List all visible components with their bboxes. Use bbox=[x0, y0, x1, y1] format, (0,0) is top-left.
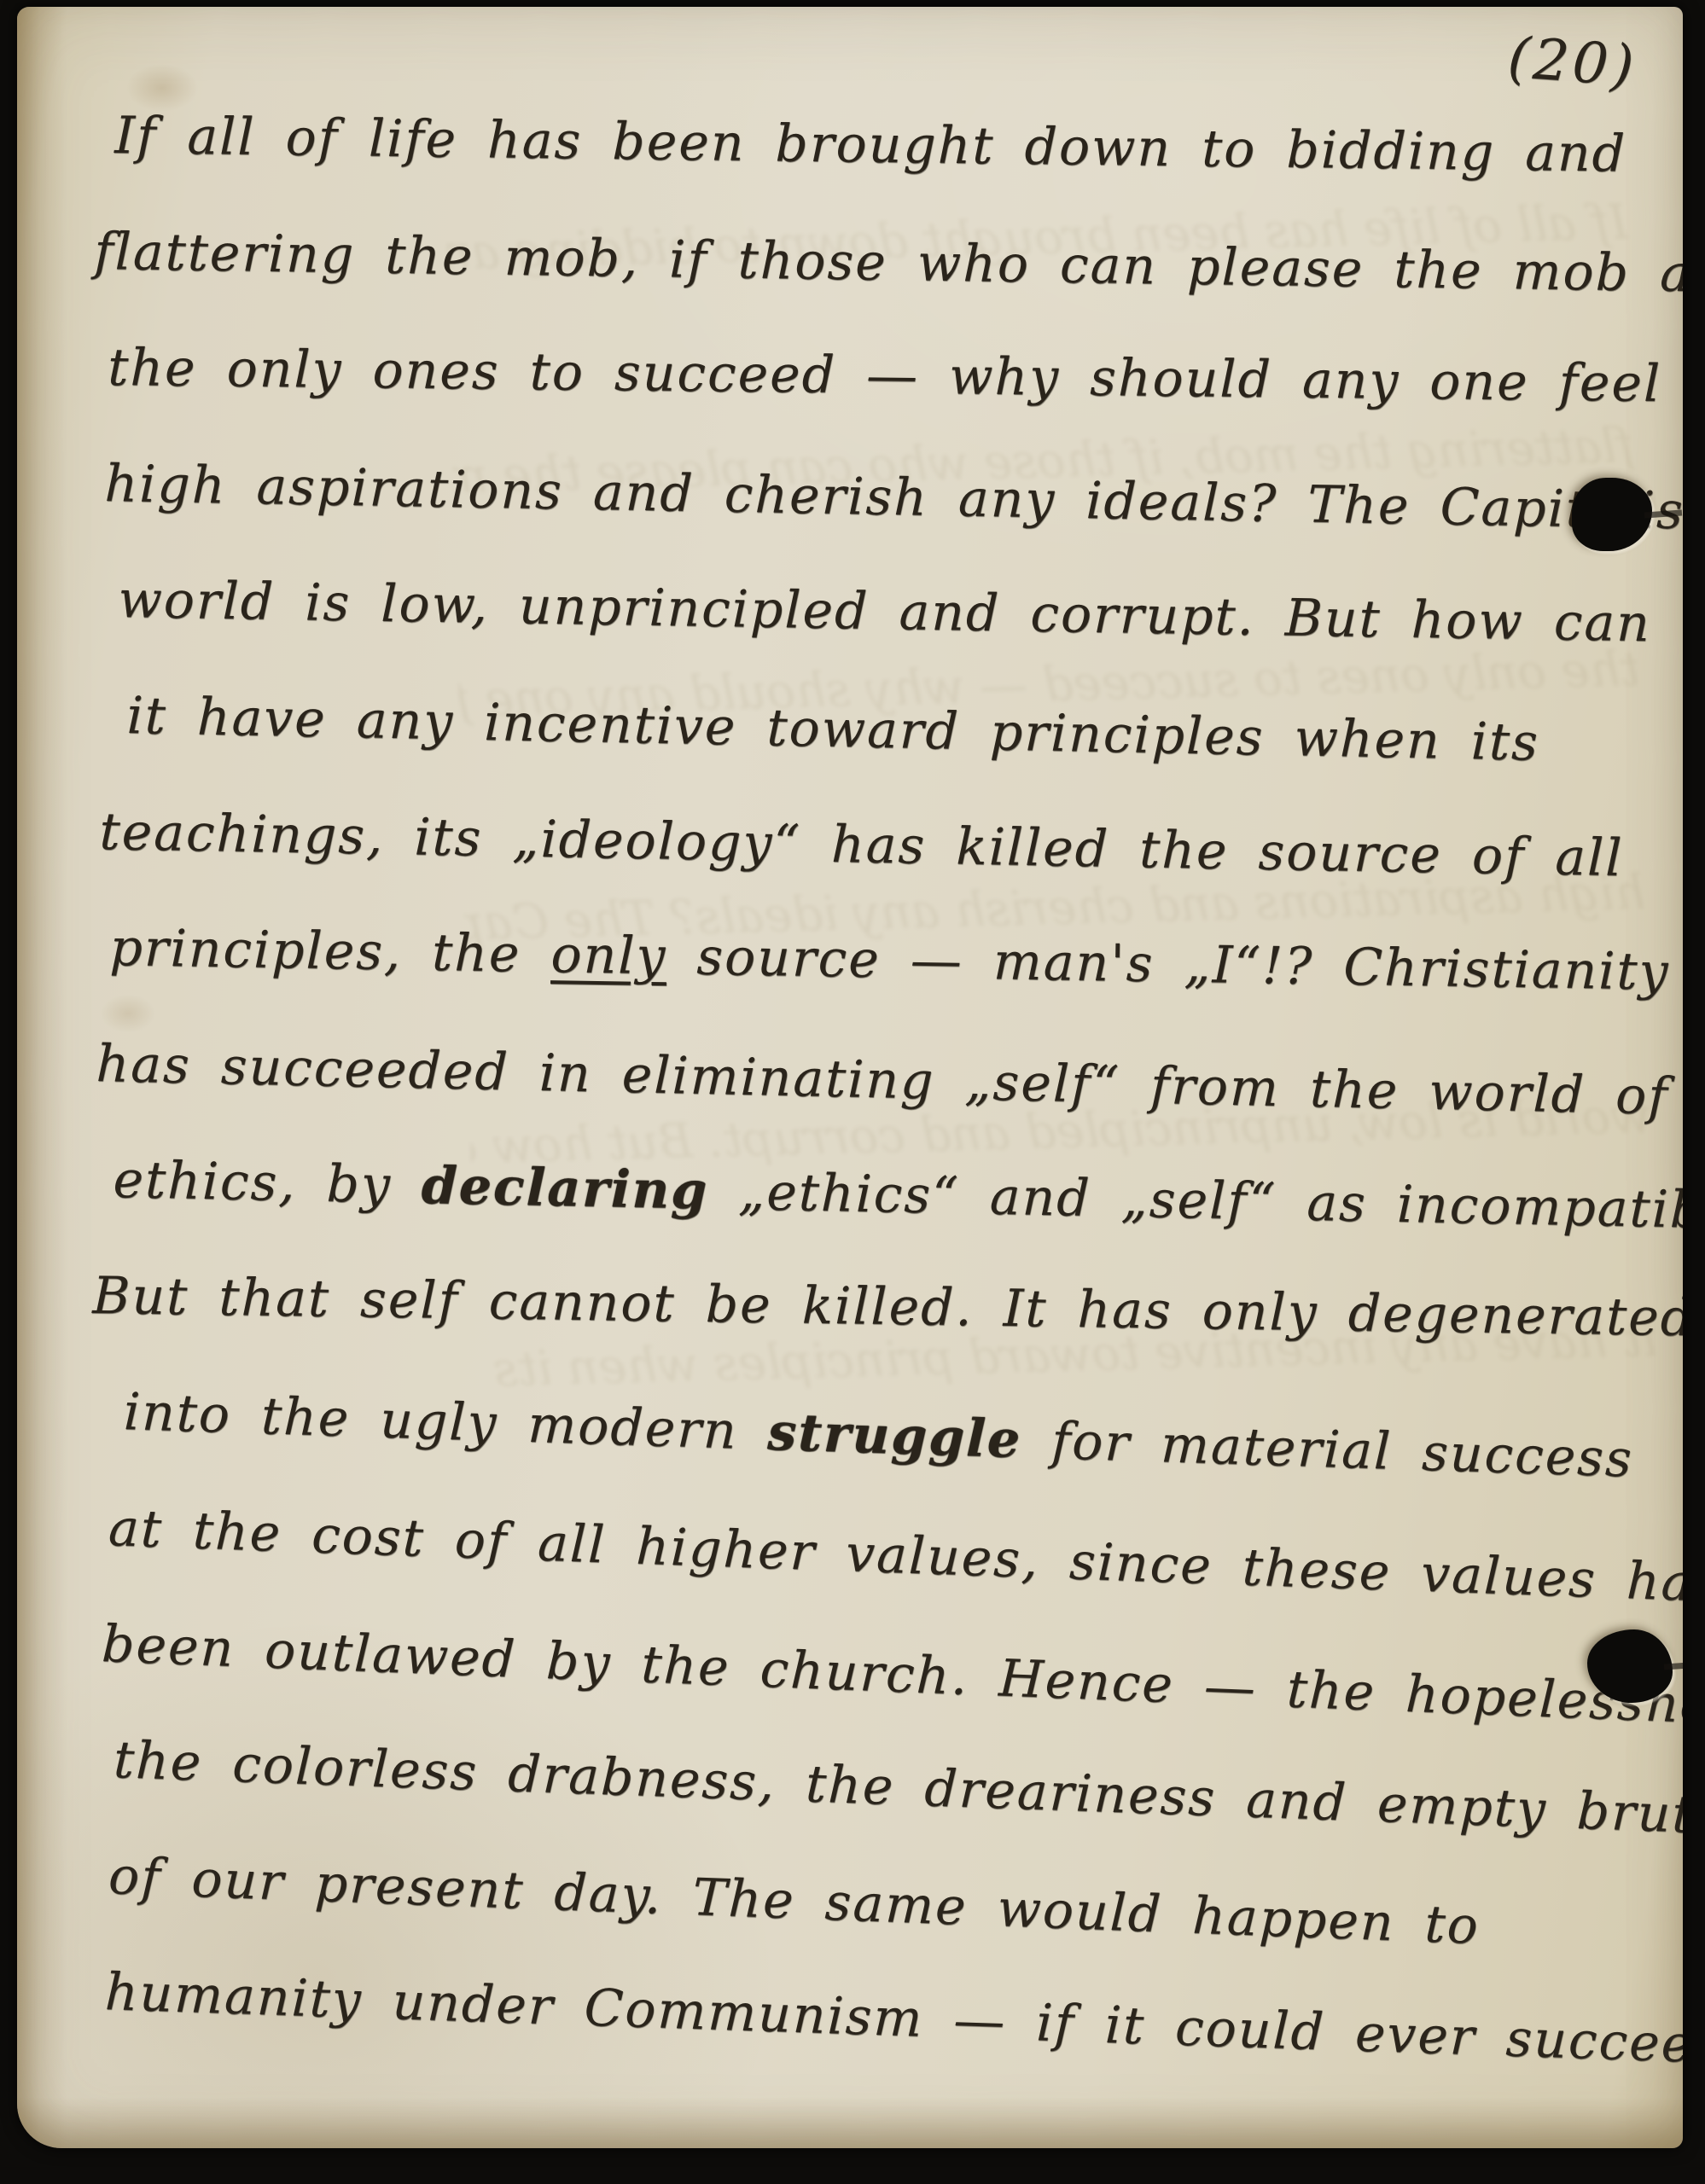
photo-background: If all of life has been brought down to … bbox=[0, 0, 1705, 2184]
manuscript-line: the only ones to succeed — why should an… bbox=[107, 338, 1649, 470]
manuscript-line: If all of life has been brought down to … bbox=[113, 106, 1650, 241]
manuscript-line: flattering the mob, if those who can ple… bbox=[93, 222, 1650, 359]
line-text: into the ugly modern bbox=[123, 1382, 769, 1462]
manuscript-line: world is low, unprincipled and corrupt. … bbox=[117, 570, 1650, 710]
page-left-edge bbox=[17, 7, 67, 2148]
corrected-word: declaring bbox=[421, 1156, 709, 1221]
line-text: for material success bbox=[1021, 1410, 1634, 1489]
line-text: If all of life has been brought down to … bbox=[114, 106, 1626, 184]
page-number: (20) bbox=[1505, 25, 1638, 99]
line-text: principles, the bbox=[109, 918, 551, 985]
manuscript-page: If all of life has been brought down to … bbox=[17, 7, 1683, 2148]
manuscript-line: But that self cannot be killed. It has o… bbox=[91, 1266, 1650, 1403]
underlined-word: only bbox=[550, 925, 667, 986]
corrected-word: struggle bbox=[767, 1403, 1023, 1470]
manuscript-lines: If all of life has been brought down to … bbox=[89, 106, 1649, 2078]
manuscript-line: principles, the only source — man's „I“!… bbox=[108, 918, 1650, 1058]
line-text: ethics, by bbox=[113, 1150, 422, 1216]
